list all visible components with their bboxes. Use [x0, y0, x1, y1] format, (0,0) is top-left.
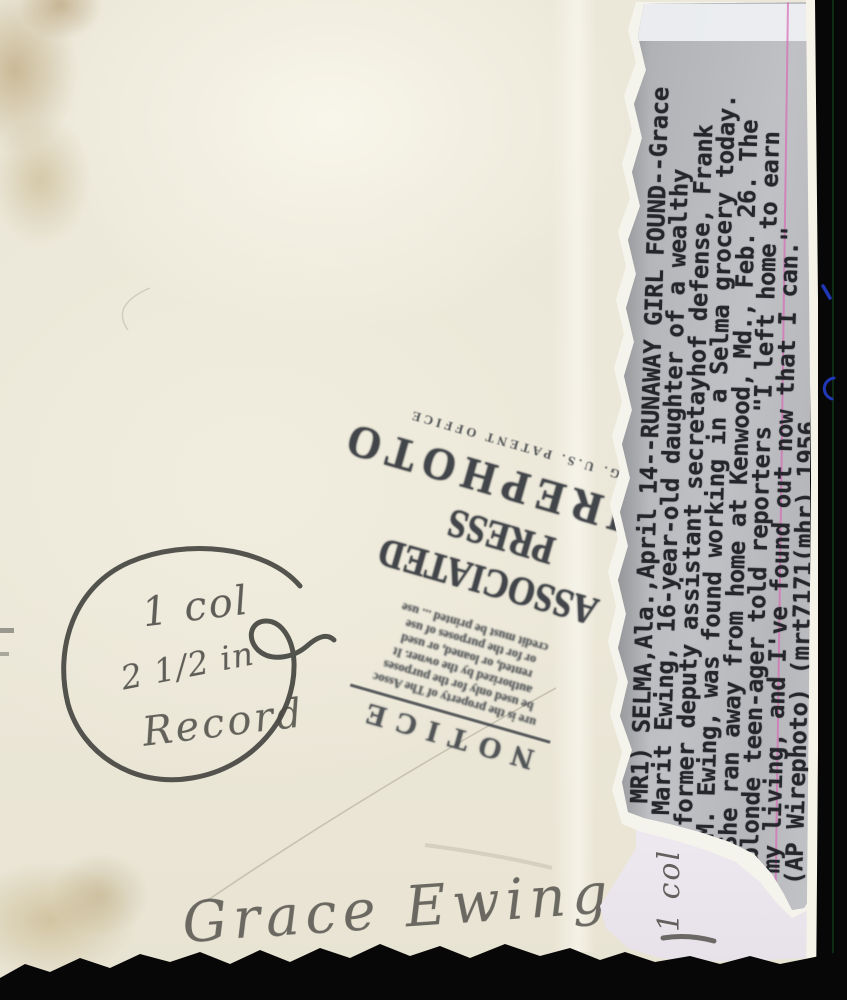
- stain-top-left: [0, 0, 160, 260]
- photo-back: NOTICE ure is the property of The Assoc …: [0, 0, 847, 1000]
- caption-text: MR1) SELMA,Ala.,April 14--RUNAWAY GIRL F…: [626, 10, 836, 885]
- column-note: 1 col: [652, 849, 687, 932]
- stain-bottom-left: [0, 850, 210, 1000]
- film-green-line: [832, 0, 834, 1000]
